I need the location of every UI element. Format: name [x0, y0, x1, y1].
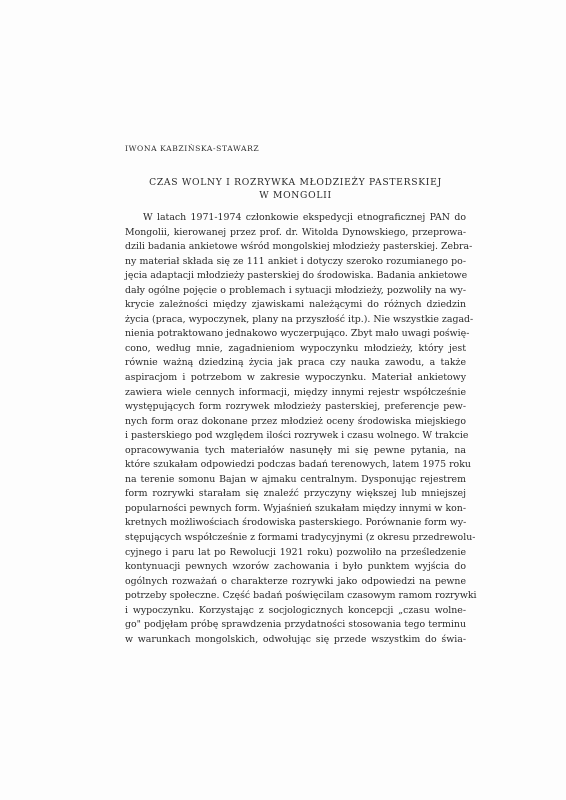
- body-line: kretnych możliwościach środowiska paster…: [125, 516, 466, 531]
- body-line: aspiracjom i potrzebom w zakresie wypocz…: [125, 371, 466, 386]
- article-title: CZAS WOLNY I ROZRYWKA MŁODZIEŻY PASTERSK…: [125, 176, 466, 202]
- body-line: w warunkach mongolskich, odwołując się p…: [125, 633, 466, 648]
- body-line: życia (praca, wypoczynek, plany na przys…: [125, 313, 466, 328]
- body-line: dały ogólne pojęcie o problemach i sytua…: [125, 284, 466, 299]
- body-line: ny materiał składa się ze 111 ankiet i d…: [125, 255, 466, 270]
- body-line: ogólnych rozważań o charakterze rozrywki…: [125, 575, 466, 590]
- body-line: cono, według mnie, zagadnieniom wypoczyn…: [125, 342, 466, 357]
- body-line: dzili badania ankietowe wśród mongolskie…: [125, 240, 466, 255]
- body-line: które szukałam odpowiedzi podczas badań …: [125, 458, 466, 473]
- body-line: opracowywania tych materiałów nasunęły m…: [125, 444, 466, 459]
- body-line: potrzeby społeczne. Część badań poświęci…: [125, 589, 466, 604]
- body-line: krycie zależności między zjawiskami nale…: [125, 298, 466, 313]
- body-line: W latach 1971-1974 członkowie ekspedycji…: [125, 211, 466, 226]
- body-line: występujących form rozrywek młodzieży pa…: [125, 400, 466, 415]
- title-line-1: CZAS WOLNY I ROZRYWKA MŁODZIEŻY PASTERSK…: [125, 176, 466, 189]
- title-line-2: W MONGOLII: [125, 189, 466, 202]
- body-line: równie ważną dziedziną życia jak praca c…: [125, 356, 466, 371]
- body-line: form rozrywki starałam się znaleźć przyc…: [125, 487, 466, 502]
- body-line: zawiera wiele cennych informacji, między…: [125, 386, 466, 401]
- body-line: i wypoczynku. Korzystając z socjologiczn…: [125, 604, 466, 619]
- author-name: IWONA KABZIŃSKA-STAWARZ: [125, 144, 259, 153]
- document-page: IWONA KABZIŃSKA-STAWARZ CZAS WOLNY I ROZ…: [0, 0, 566, 800]
- body-line: go" podjęłam próbę sprawdzenia przydatno…: [125, 618, 466, 633]
- body-line: nienia potraktowano jednakowo wyczerpują…: [125, 327, 466, 342]
- body-line: jęcia adaptacji młodzieży pasterskiej do…: [125, 269, 466, 284]
- body-text: W latach 1971-1974 członkowie ekspedycji…: [125, 211, 466, 647]
- body-line: nych form oraz dokonane przez młodzież o…: [125, 415, 466, 430]
- body-line: i pasterskiego pod względem ilości rozry…: [125, 429, 466, 444]
- body-line: kontynuacji pewnych wzorów zachowania i …: [125, 560, 466, 575]
- body-line: na terenie somonu Bajan w ajmaku central…: [125, 473, 466, 488]
- body-line: stępujących współcześnie z formami trady…: [125, 531, 466, 546]
- body-line: cyjnego i paru lat po Rewolucji 1921 rok…: [125, 546, 466, 561]
- body-line: popularności pewnych form. Wyjaśnień szu…: [125, 502, 466, 517]
- body-line: Mongolii, kierowanej przez prof. dr. Wit…: [125, 226, 466, 241]
